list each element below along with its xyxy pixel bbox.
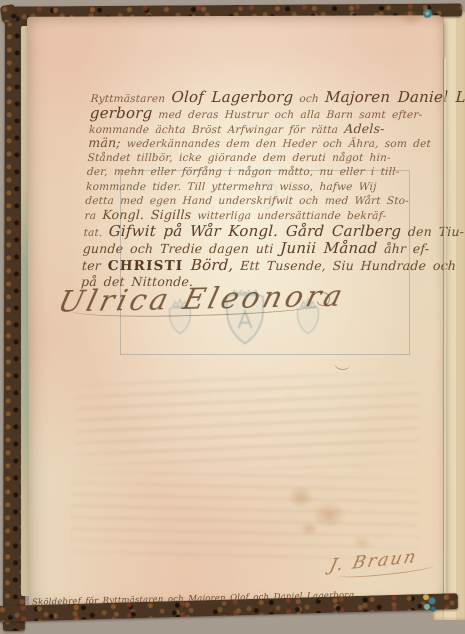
line-text: Olof Lagerborg: [171, 88, 294, 106]
line-text: Ett Tusende, Siu Hundrade och: [233, 258, 456, 273]
manuscript-line: gunde och Tredie dagen uti Junii Månad å…: [82, 239, 427, 256]
line-text: detta med egen Hand underskrifwit och me…: [85, 195, 409, 207]
line-text: wederkännandes dem den Heder och Ähra, s…: [120, 138, 431, 150]
foxing-stain: [398, 10, 424, 26]
manuscript-line: detta med egen Hand underskrifwit och me…: [85, 192, 430, 206]
line-text: Adels-: [344, 121, 385, 136]
line-text: med deras Hustrur och alla Barn samt eft…: [152, 109, 423, 121]
line-text: Junii Månad: [280, 239, 378, 257]
line-text: Ståndet tillbör, icke giörande dem derut…: [87, 152, 391, 164]
manuscript-line: kommande ächta Bröst Arfwingar för rätta…: [89, 121, 434, 135]
binding-corner: [0, 4, 17, 23]
page-fold-highlight: [444, 58, 446, 602]
foxing-stain: [352, 536, 372, 550]
line-text: ra: [84, 210, 102, 222]
seal-cord-knot-icon: [419, 590, 439, 614]
line-text: Kongl. Sigills: [102, 207, 192, 222]
bleed-through-text-upper: [75, 372, 421, 471]
manuscript-line: gerborg med deras Hustrur och alla Barn …: [90, 105, 435, 121]
manuscript-line: der, mehn eller förfång i någon måtto, n…: [87, 163, 432, 177]
manuscript-line: ter CHRISTI Börd, Ett Tusende, Siu Hundr…: [82, 256, 427, 273]
line-text: gerborg: [89, 104, 152, 122]
manuscript-line: Ryttmästaren Olof Lagerborg och Majoren …: [90, 88, 435, 105]
manuscript-line: kommande tider. Till yttermehra wisso, h…: [86, 178, 431, 192]
line-text: ter: [82, 258, 109, 273]
line-text: män;: [88, 135, 121, 150]
line-text: kommande tider. Till yttermehra wisso, h…: [86, 181, 377, 193]
line-text: den Tiu-: [401, 224, 465, 239]
line-text: och: [293, 93, 325, 105]
line-text: witterliga undersättiande bekräf-: [191, 210, 386, 222]
manuscript-line: ra Kongl. Sigills witterliga undersättia…: [84, 206, 429, 222]
line-text: Börd,: [183, 256, 234, 274]
line-text: gunde och Tredie dagen uti: [82, 241, 280, 256]
line-text: åhr ef-: [377, 241, 430, 256]
seal-thread-top-icon: [423, 9, 434, 20]
manuscript-text-block: Ryttmästaren Olof Lagerborg och Majoren …: [81, 88, 436, 289]
foxing-stain: [288, 486, 314, 508]
manuscript-line: tat. Gifwit på Wår Kongl. Gård Carlberg …: [83, 222, 428, 239]
line-text: kommande ächta Bröst Arfwingar för rätta: [89, 124, 345, 136]
line-text: Gifwit på Wår Kongl. Gård Carlberg: [108, 222, 401, 240]
manuscript-line: Ståndet tillbör, icke giörande dem derut…: [87, 149, 432, 163]
line-text: tat.: [83, 227, 109, 239]
foxing-stain: [300, 522, 318, 536]
foxing-stain: [312, 502, 346, 528]
line-text: CHRISTI: [107, 258, 183, 274]
bleed-through-text-lower: [70, 467, 420, 565]
manuscript-line: män; wederkännandes dem den Heder och Äh…: [88, 135, 433, 149]
manuscript-scan: Ryttmästaren Olof Lagerborg och Majoren …: [0, 0, 465, 634]
line-text: der, mehn eller förfång i någon måtto, n…: [87, 166, 400, 178]
